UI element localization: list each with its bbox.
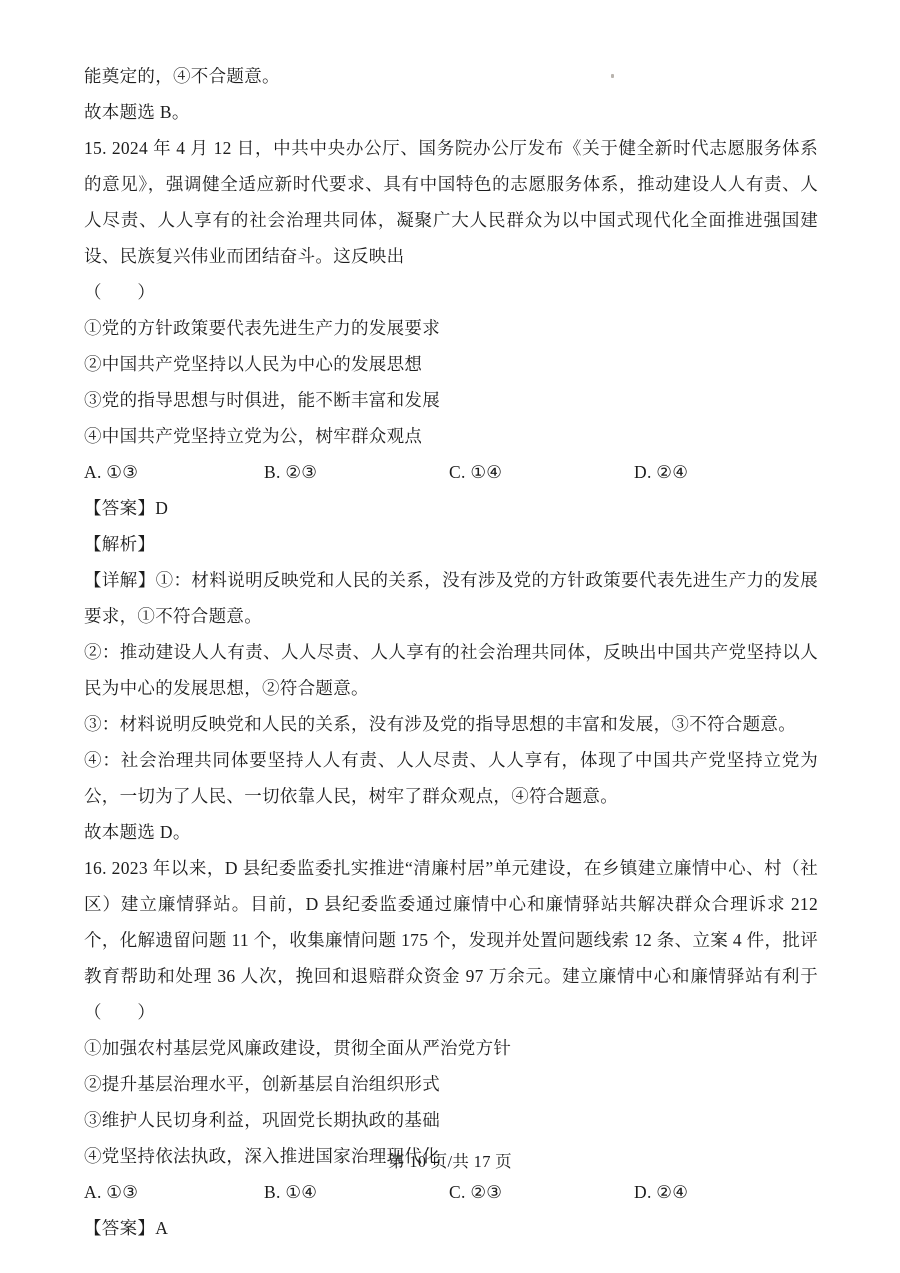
question-15-item-1: ①党的方针政策要代表先进生产力的发展要求 bbox=[84, 310, 818, 346]
question-16-option-c: C. ②③ bbox=[449, 1174, 634, 1210]
question-15-item-4: ④中国共产党坚持立党为公，树牢群众观点 bbox=[84, 418, 818, 454]
question-16-answer: 【答案】A bbox=[84, 1210, 818, 1246]
question-16-option-b: B. ①④ bbox=[264, 1174, 449, 1210]
question-16-item-2: ②提升基层治理水平，创新基层自治组织形式 bbox=[84, 1066, 818, 1102]
question-15-options-row: A. ①③ B. ②③ C. ①④ D. ②④ bbox=[84, 454, 818, 490]
question-15-explain-4: ④：社会治理共同体要坚持人人有责、人人尽责、人人享有，体现了中国共产党坚持立党为… bbox=[84, 742, 818, 814]
question-15-conclusion: 故本题选 D。 bbox=[84, 814, 818, 850]
question-15-stem: 15. 2024 年 4 月 12 日，中共中央办公厅、国务院办公厅发布《关于健… bbox=[84, 130, 818, 274]
question-15-answer-bracket: （ ） bbox=[84, 274, 818, 310]
question-15-explain-2: ②：推动建设人人有责、人人尽责、人人享有的社会治理共同体，反映出中国共产党坚持以… bbox=[84, 634, 818, 706]
question-16-item-1: ①加强农村基层党风廉政建设，贯彻全面从严治党方针 bbox=[84, 1030, 818, 1066]
question-15-item-2: ②中国共产党坚持以人民为中心的发展思想 bbox=[84, 346, 818, 382]
page-content: 能奠定的，④不合题意。 故本题选 B。 15. 2024 年 4 月 12 日，… bbox=[84, 58, 818, 1246]
question-16-stem: 16. 2023 年以来，D 县纪委监委扎实推进“清廉村居”单元建设，在乡镇建立… bbox=[84, 850, 818, 1030]
question-15-explain-3: ③：材料说明反映党和人民的关系，没有涉及党的指导思想的丰富和发展，③不符合题意。 bbox=[84, 706, 818, 742]
question-15-analysis-label: 【解析】 bbox=[84, 526, 818, 562]
question-15-answer: 【答案】D bbox=[84, 490, 818, 526]
prev-answer-conclusion: 故本题选 B。 bbox=[84, 94, 818, 130]
question-16-options-row: A. ①③ B. ①④ C. ②③ D. ②④ bbox=[84, 1174, 818, 1210]
question-15-option-d: D. ②④ bbox=[634, 454, 818, 490]
page-number-footer: 第 10 页/共 17 页 bbox=[0, 1150, 900, 1174]
question-16-option-a: A. ①③ bbox=[84, 1174, 264, 1210]
prev-answer-tail-line: 能奠定的，④不合题意。 bbox=[84, 58, 818, 94]
document-page: 能奠定的，④不合题意。 故本题选 B。 15. 2024 年 4 月 12 日，… bbox=[0, 0, 900, 1273]
question-16-option-d: D. ②④ bbox=[634, 1174, 818, 1210]
question-15-explain-1: 【详解】①：材料说明反映党和人民的关系，没有涉及党的方针政策要代表先进生产力的发… bbox=[84, 562, 818, 634]
question-15-item-3: ③党的指导思想与时俱进，能不断丰富和发展 bbox=[84, 382, 818, 418]
question-15-option-c: C. ①④ bbox=[449, 454, 634, 490]
question-15-option-a: A. ①③ bbox=[84, 454, 264, 490]
question-15-option-b: B. ②③ bbox=[264, 454, 449, 490]
question-16-item-3: ③维护人民切身利益，巩固党长期执政的基础 bbox=[84, 1102, 818, 1138]
